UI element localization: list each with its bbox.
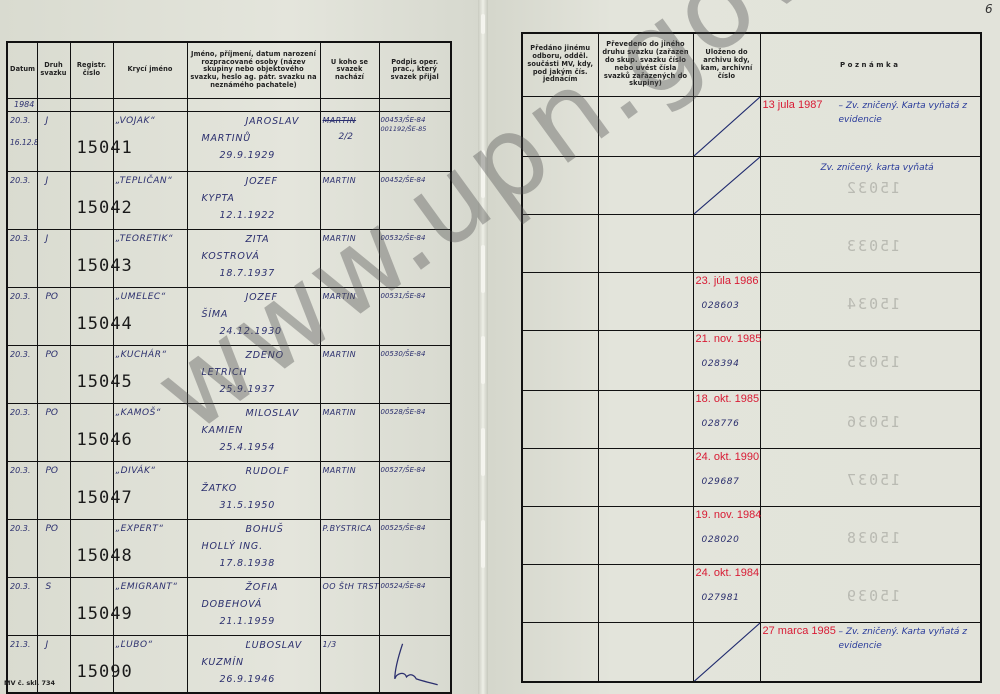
holder: OO ŠtH TRSTENÁ — [323, 582, 380, 591]
date-value: 20.3. — [10, 176, 30, 185]
holder: MARTIN — [323, 234, 357, 243]
date-cell: 20.3. — [7, 461, 37, 519]
last-name: KYPTA — [202, 193, 235, 204]
archived-cell — [693, 214, 760, 272]
strike-slash-icon — [694, 157, 760, 214]
table-row: 27 marca 1985 – Zv. zničený. Karta vyňat… — [522, 622, 981, 682]
cover-name: „UMELEC“ — [116, 292, 166, 302]
header-converted: Převedeno do jiného druhu svazku (zařaze… — [598, 33, 693, 96]
converted-cell — [598, 214, 693, 272]
signature-cell: 00530/ŠE-84 — [379, 345, 451, 403]
transferred-cell — [522, 96, 598, 156]
person-cell: JOZEF KYPTA 12.1.1922 — [187, 171, 320, 229]
signature-cell: (signature) — [379, 635, 451, 693]
type-cell: PO — [37, 461, 70, 519]
archive-date-stamp: 23. júla 1986 — [696, 275, 759, 287]
last-name: ŽATKO — [202, 483, 238, 494]
ghost-imprint: 15037 — [845, 471, 900, 489]
holder-cell: MARTIN — [320, 403, 379, 461]
date-cell: 20.3. — [7, 577, 37, 635]
reg-cell: 15046 — [70, 403, 113, 461]
reg-cell: 15042 — [70, 171, 113, 229]
signature-cell: 00527/ŠE-84 — [379, 461, 451, 519]
ghost-imprint: 15038 — [845, 529, 900, 547]
person-cell: ZDENO LETRICH 25.9.1937 — [187, 345, 320, 403]
ghost-imprint: 15032 — [845, 179, 900, 197]
birth-date: 24.12.1930 — [220, 326, 282, 337]
handwritten-signature-icon — [380, 636, 451, 693]
holder: MARTIN — [323, 292, 357, 301]
header-note: Poznámka — [760, 33, 981, 96]
person-cell: MILOSLAV KAMIEN 25.4.1954 — [187, 403, 320, 461]
year-row: 1984 — [7, 98, 451, 111]
table-row: 13 jula 1987 – Zv. zničený. Karta vyňatá… — [522, 96, 981, 156]
date-cell: 20.3. — [7, 403, 37, 461]
archive-date-stamp: 21. nov. 1985 — [696, 333, 762, 345]
type-cell: J — [37, 171, 70, 229]
header-file-type: Druh svazku — [37, 42, 70, 98]
table-row: 21. nov. 1985 028394 15035 — [522, 330, 981, 390]
reg-cell: 15047 — [70, 461, 113, 519]
binding-stitch — [481, 520, 485, 568]
archive-number: 028776 — [702, 419, 740, 429]
holder: 1/3 — [323, 640, 337, 649]
header-row: Předáno jinému odboru, odděl. součásti M… — [522, 33, 981, 96]
header-archived: Uloženo do archivu kdy, kam, archivní čí… — [693, 33, 760, 96]
archived-cell: 21. nov. 1985 028394 — [693, 330, 760, 390]
table-row: 20.3. PO 15048 „EXPERT“ BOHUŠ HOLLÝ ING.… — [7, 519, 451, 577]
date-value: 20.3. — [10, 524, 30, 533]
archive-date-stamp: 24. okt. 1990 — [696, 451, 760, 463]
birth-date: 31.5.1950 — [220, 500, 276, 511]
header-cover-name: Krycí jméno — [113, 42, 187, 98]
header-reg-number: Registr. číslo — [70, 42, 113, 98]
transferred-cell — [522, 330, 598, 390]
table-row: 20.3. J 15043 „TEORETIK“ ZITA KOSTROVÁ 1… — [7, 229, 451, 287]
holder-cell: MARTIN — [320, 229, 379, 287]
date-cell: 20.3. 16.12.85 — [7, 111, 37, 171]
form-print-code: MV č. skl. 734 — [4, 679, 55, 687]
cover-name-cell: „DIVÁK“ — [113, 461, 187, 519]
person-cell: JOZEF ŠÍMA 24.12.1930 — [187, 287, 320, 345]
last-name: LETRICH — [202, 367, 248, 378]
person-cell: RUDOLF ŽATKO 31.5.1950 — [187, 461, 320, 519]
last-name: MARTINŮ — [202, 133, 252, 144]
archived-cell — [693, 622, 760, 682]
left-ledger-table: Datum Druh svazku Registr. číslo Krycí j… — [6, 41, 452, 694]
cover-name: „EMIGRANT“ — [116, 582, 178, 592]
holder-cell: MARTIN 2/2 — [320, 111, 379, 171]
archive-number: 028603 — [702, 301, 740, 311]
archive-date-stamp: 18. okt. 1985 — [696, 393, 760, 405]
file-type: PO — [46, 524, 59, 534]
file-type: J — [46, 176, 49, 186]
converted-cell — [598, 156, 693, 214]
converted-cell — [598, 96, 693, 156]
officer-signature-code: 00528/ŠE-84 — [381, 408, 426, 416]
table-row: 23. júla 1986 028603 15034 — [522, 272, 981, 330]
transferred-cell — [522, 506, 598, 564]
signature-cell: 00453/ŠE-84 001192/ŠE-85 — [379, 111, 451, 171]
holder-cell: MARTIN — [320, 345, 379, 403]
officer-signature-code: 00527/ŠE-84 — [381, 466, 426, 474]
type-cell: PO — [37, 287, 70, 345]
header-row: Datum Druh svazku Registr. číslo Krycí j… — [7, 42, 451, 98]
note-cell: 15038 — [760, 506, 981, 564]
strike-slash-icon — [694, 97, 760, 156]
cover-name-cell: „TEORETIK“ — [113, 229, 187, 287]
table-row: 19. nov. 1984 028020 15038 — [522, 506, 981, 564]
officer-signature-code: 00525/ŠE-84 — [381, 524, 426, 532]
archived-cell: 24. okt. 1984 027981 — [693, 564, 760, 622]
note-cell: 27 marca 1985 – Zv. zničený. Karta vyňat… — [760, 622, 981, 682]
cover-name: „DIVÁK“ — [116, 466, 156, 476]
holder: MARTIN — [323, 116, 357, 125]
last-name: KUZMÍN — [202, 657, 244, 668]
cover-name: „TEORETIK“ — [116, 234, 174, 244]
binding-stitch — [481, 336, 485, 384]
first-name: MILOSLAV — [246, 408, 300, 419]
header-holder: U koho se svazek nachází — [320, 42, 379, 98]
date-value: 20.3. — [10, 292, 30, 301]
first-name: RUDOLF — [246, 466, 290, 477]
officer-signature-code: 00452/ŠE-84 — [381, 176, 426, 184]
table-row: 20.3. PO 15045 „KUCHÁR“ ZDENO LETRICH 25… — [7, 345, 451, 403]
reg-cell: 15048 — [70, 519, 113, 577]
ghost-imprint: 15039 — [845, 587, 900, 605]
reg-cell: 15043 — [70, 229, 113, 287]
archived-cell: 19. nov. 1984 028020 — [693, 506, 760, 564]
cover-name: „TEPLIČAN“ — [116, 176, 173, 186]
date-cell: 20.3. — [7, 345, 37, 403]
file-type: PO — [46, 408, 59, 418]
year-cell: 1984 — [7, 98, 37, 111]
last-name: DOBEHOVÁ — [202, 599, 263, 610]
archived-cell — [693, 156, 760, 214]
cover-name-cell: „VOJAK“ — [113, 111, 187, 171]
reg-cell: 15090 — [70, 635, 113, 693]
cover-name: „ĽUBO“ — [116, 640, 153, 650]
cover-name-cell: „ĽUBO“ — [113, 635, 187, 693]
transferred-cell — [522, 390, 598, 448]
officer-signature-code: 00453/ŠE-84 — [381, 116, 426, 124]
first-name: ĽUBOSLAV — [246, 640, 303, 651]
file-type: J — [46, 234, 49, 244]
last-name: ŠÍMA — [202, 309, 229, 320]
ghost-imprint: 15036 — [845, 413, 900, 431]
archive-number: 027981 — [702, 593, 740, 603]
cover-name-cell: „TEPLIČAN“ — [113, 171, 187, 229]
birth-date: 12.1.1922 — [220, 210, 276, 221]
transferred-cell — [522, 622, 598, 682]
last-name: HOLLÝ ING. — [202, 541, 263, 552]
note-cell: 15034 — [760, 272, 981, 330]
transferred-cell — [522, 448, 598, 506]
signature-cell: 00524/ŠE-84 — [379, 577, 451, 635]
person-cell: JAROSLAV MARTINŮ 29.9.1929 — [187, 111, 320, 171]
last-name: KOSTROVÁ — [202, 251, 260, 262]
first-name: JOZEF — [246, 176, 278, 187]
note-date-stamp: 27 marca 1985 — [763, 625, 836, 637]
holder-cell: 1/3 — [320, 635, 379, 693]
person-cell: ZITA KOSTROVÁ 18.7.1937 — [187, 229, 320, 287]
archive-date-stamp: 19. nov. 1984 — [696, 509, 762, 521]
table-row: 20.3. PO 15044 „UMELEC“ JOZEF ŠÍMA 24.12… — [7, 287, 451, 345]
cover-name: „VOJAK“ — [116, 116, 156, 126]
table-row: 21.3. J 15090 „ĽUBO“ ĽUBOSLAV KUZMÍN 26.… — [7, 635, 451, 693]
archive-date-stamp: 24. okt. 1984 — [696, 567, 760, 579]
cover-name: „EXPERT“ — [116, 524, 164, 534]
table-row: Zv. zničený. karta vyňatá 15032 — [522, 156, 981, 214]
reg-cell: 15049 — [70, 577, 113, 635]
archive-number: 028020 — [702, 535, 740, 545]
table-row: 20.3. S 15049 „EMIGRANT“ ŽOFIA DOBEHOVÁ … — [7, 577, 451, 635]
type-cell: J — [37, 229, 70, 287]
person-cell: ŽOFIA DOBEHOVÁ 21.1.1959 — [187, 577, 320, 635]
file-type: PO — [46, 350, 59, 360]
transferred-cell — [522, 564, 598, 622]
birth-date: 26.9.1946 — [220, 674, 276, 685]
right-ledger-table: Předáno jinému odboru, odděl. součásti M… — [521, 32, 982, 683]
table-row: 20.3. PO 15046 „KAMOŠ“ MILOSLAV KAMIEN 2… — [7, 403, 451, 461]
holder: P.BYSTRICA — [323, 524, 372, 533]
date-value: 20.3. — [10, 234, 30, 243]
note-cell: 15037 — [760, 448, 981, 506]
file-type: S — [46, 582, 52, 592]
signature-cell: 00452/ŠE-84 — [379, 171, 451, 229]
binding-stitch — [481, 14, 485, 34]
cover-name-cell: „KUCHÁR“ — [113, 345, 187, 403]
date-value: 20.3. — [10, 408, 30, 417]
holder-cell: MARTIN — [320, 287, 379, 345]
cover-name-cell: „EMIGRANT“ — [113, 577, 187, 635]
signature-cell: 00525/ŠE-84 — [379, 519, 451, 577]
file-type: PO — [46, 466, 59, 476]
cover-name: „KAMOŠ“ — [116, 408, 161, 418]
table-row: 15033 — [522, 214, 981, 272]
date-cell: 20.3. — [7, 519, 37, 577]
holder-cell: MARTIN — [320, 461, 379, 519]
date-cell: 20.3. — [7, 229, 37, 287]
header-person: Jméno, příjmení, datum narození rozpraco… — [187, 42, 320, 98]
holder: MARTIN — [323, 350, 357, 359]
archive-number: 028394 — [702, 359, 740, 369]
binding-stitch — [481, 150, 485, 198]
first-name: ZDENO — [246, 350, 284, 361]
birth-date: 25.4.1954 — [220, 442, 276, 453]
first-name: ŽOFIA — [246, 582, 279, 593]
table-row: 24. okt. 1984 027981 15039 — [522, 564, 981, 622]
holder-cell: MARTIN — [320, 171, 379, 229]
ghost-imprint: 15035 — [845, 353, 900, 371]
archive-number: 029687 — [702, 477, 740, 487]
date-value: 20.3. — [10, 466, 30, 475]
transferred-cell — [522, 272, 598, 330]
file-type: J — [46, 116, 49, 126]
type-cell: PO — [37, 345, 70, 403]
archived-cell: 24. okt. 1990 029687 — [693, 448, 760, 506]
note-date-stamp: 13 jula 1987 — [763, 99, 823, 111]
date-cell: 20.3. — [7, 287, 37, 345]
strike-slash-icon — [694, 623, 760, 682]
date-value: 20.3. — [10, 116, 30, 125]
file-type: PO — [46, 292, 59, 302]
first-name: ZITA — [246, 234, 270, 245]
reg-cell: 15045 — [70, 345, 113, 403]
archived-cell: 23. júla 1986 028603 — [693, 272, 760, 330]
cover-name-cell: „UMELEC“ — [113, 287, 187, 345]
birth-date: 21.1.1959 — [220, 616, 276, 627]
cover-name-cell: „EXPERT“ — [113, 519, 187, 577]
binding-stitch — [481, 245, 485, 293]
officer-signature-code: 00524/ŠE-84 — [381, 582, 426, 590]
date-value: 20.3. — [10, 350, 30, 359]
header-signature: Podpis oper. prac., který svazek přijal — [379, 42, 451, 98]
date-value: 20.3. — [10, 582, 30, 591]
date-cell: 20.3. — [7, 171, 37, 229]
year-value: 1984 — [14, 100, 34, 109]
type-cell: J — [37, 111, 70, 171]
first-name: JOZEF — [246, 292, 278, 303]
converted-cell — [598, 448, 693, 506]
last-name: KAMIEN — [202, 425, 244, 436]
page-number: 6 — [985, 2, 993, 16]
reg-cell: 15044 — [70, 287, 113, 345]
signature-cell: 00528/ŠE-84 — [379, 403, 451, 461]
note-text: – Zv. zničený. Karta vyňatá z evidencie — [839, 625, 979, 653]
date-secondary: 16.12.85 — [10, 138, 37, 147]
holder: MARTIN — [323, 408, 357, 417]
transferred-cell — [522, 156, 598, 214]
birth-date: 25.9.1937 — [220, 384, 276, 395]
first-name: JAROSLAV — [246, 116, 300, 127]
ghost-imprint: 15033 — [845, 237, 900, 255]
file-type: J — [46, 640, 49, 650]
converted-cell — [598, 330, 693, 390]
note-cell: 15036 — [760, 390, 981, 448]
binding-stitch — [481, 428, 485, 476]
holder: MARTIN — [323, 176, 357, 185]
birth-date: 18.7.1937 — [220, 268, 276, 279]
holder-cell: P.BYSTRICA — [320, 519, 379, 577]
person-cell: BOHUŠ HOLLÝ ING. 17.8.1938 — [187, 519, 320, 577]
signature-cell: 00531/ŠE-84 — [379, 287, 451, 345]
header-transferred: Předáno jinému odboru, odděl. součásti M… — [522, 33, 598, 96]
converted-cell — [598, 390, 693, 448]
holder-cell: OO ŠtH TRSTENÁ — [320, 577, 379, 635]
officer-signature-code: 00530/ŠE-84 — [381, 350, 426, 358]
note-text: Zv. zničený. karta vyňatá — [821, 161, 981, 175]
converted-cell — [598, 272, 693, 330]
type-cell: PO — [37, 519, 70, 577]
table-row: 20.3. PO 15047 „DIVÁK“ RUDOLF ŽATKO 31.5… — [7, 461, 451, 519]
birth-date: 17.8.1938 — [220, 558, 276, 569]
converted-cell — [598, 506, 693, 564]
archived-cell — [693, 96, 760, 156]
holder: MARTIN — [323, 466, 357, 475]
note-cell: 13 jula 1987 – Zv. zničený. Karta vyňatá… — [760, 96, 981, 156]
note-cell: 15039 — [760, 564, 981, 622]
cover-name: „KUCHÁR“ — [116, 350, 167, 360]
note-text: – Zv. zničený. Karta vyňatá z evidencie — [839, 99, 979, 127]
note-cell: 15035 — [760, 330, 981, 390]
converted-cell — [598, 622, 693, 682]
cover-name-cell: „KAMOŠ“ — [113, 403, 187, 461]
note-cell: Zv. zničený. karta vyňatá 15032 — [760, 156, 981, 214]
officer-signature-code: 00531/ŠE-84 — [381, 292, 426, 300]
header-date: Datum — [7, 42, 37, 98]
date-value: 21.3. — [10, 640, 30, 649]
archived-cell: 18. okt. 1985 028776 — [693, 390, 760, 448]
table-row: 24. okt. 1990 029687 15037 — [522, 448, 981, 506]
officer-signature-code: 00532/ŠE-84 — [381, 234, 426, 242]
reg-cell: 15041 — [70, 111, 113, 171]
type-cell: S — [37, 577, 70, 635]
table-row: 18. okt. 1985 028776 15036 — [522, 390, 981, 448]
officer-signature-code-secondary: 001192/ŠE-85 — [381, 125, 427, 133]
signature-cell: 00532/ŠE-84 — [379, 229, 451, 287]
transferred-cell — [522, 214, 598, 272]
type-cell: PO — [37, 403, 70, 461]
converted-cell — [598, 564, 693, 622]
first-name: BOHUŠ — [246, 524, 284, 535]
table-row: 20.3. 16.12.85 J 15041 „VOJAK“ JAROSLAV … — [7, 111, 451, 171]
person-cell: ĽUBOSLAV KUZMÍN 26.9.1946 — [187, 635, 320, 693]
holder-secondary: 2/2 — [339, 132, 353, 142]
table-row: 20.3. J 15042 „TEPLIČAN“ JOZEF KYPTA 12.… — [7, 171, 451, 229]
ghost-imprint: 15034 — [845, 295, 900, 313]
birth-date: 29.9.1929 — [220, 150, 276, 161]
note-cell: 15033 — [760, 214, 981, 272]
